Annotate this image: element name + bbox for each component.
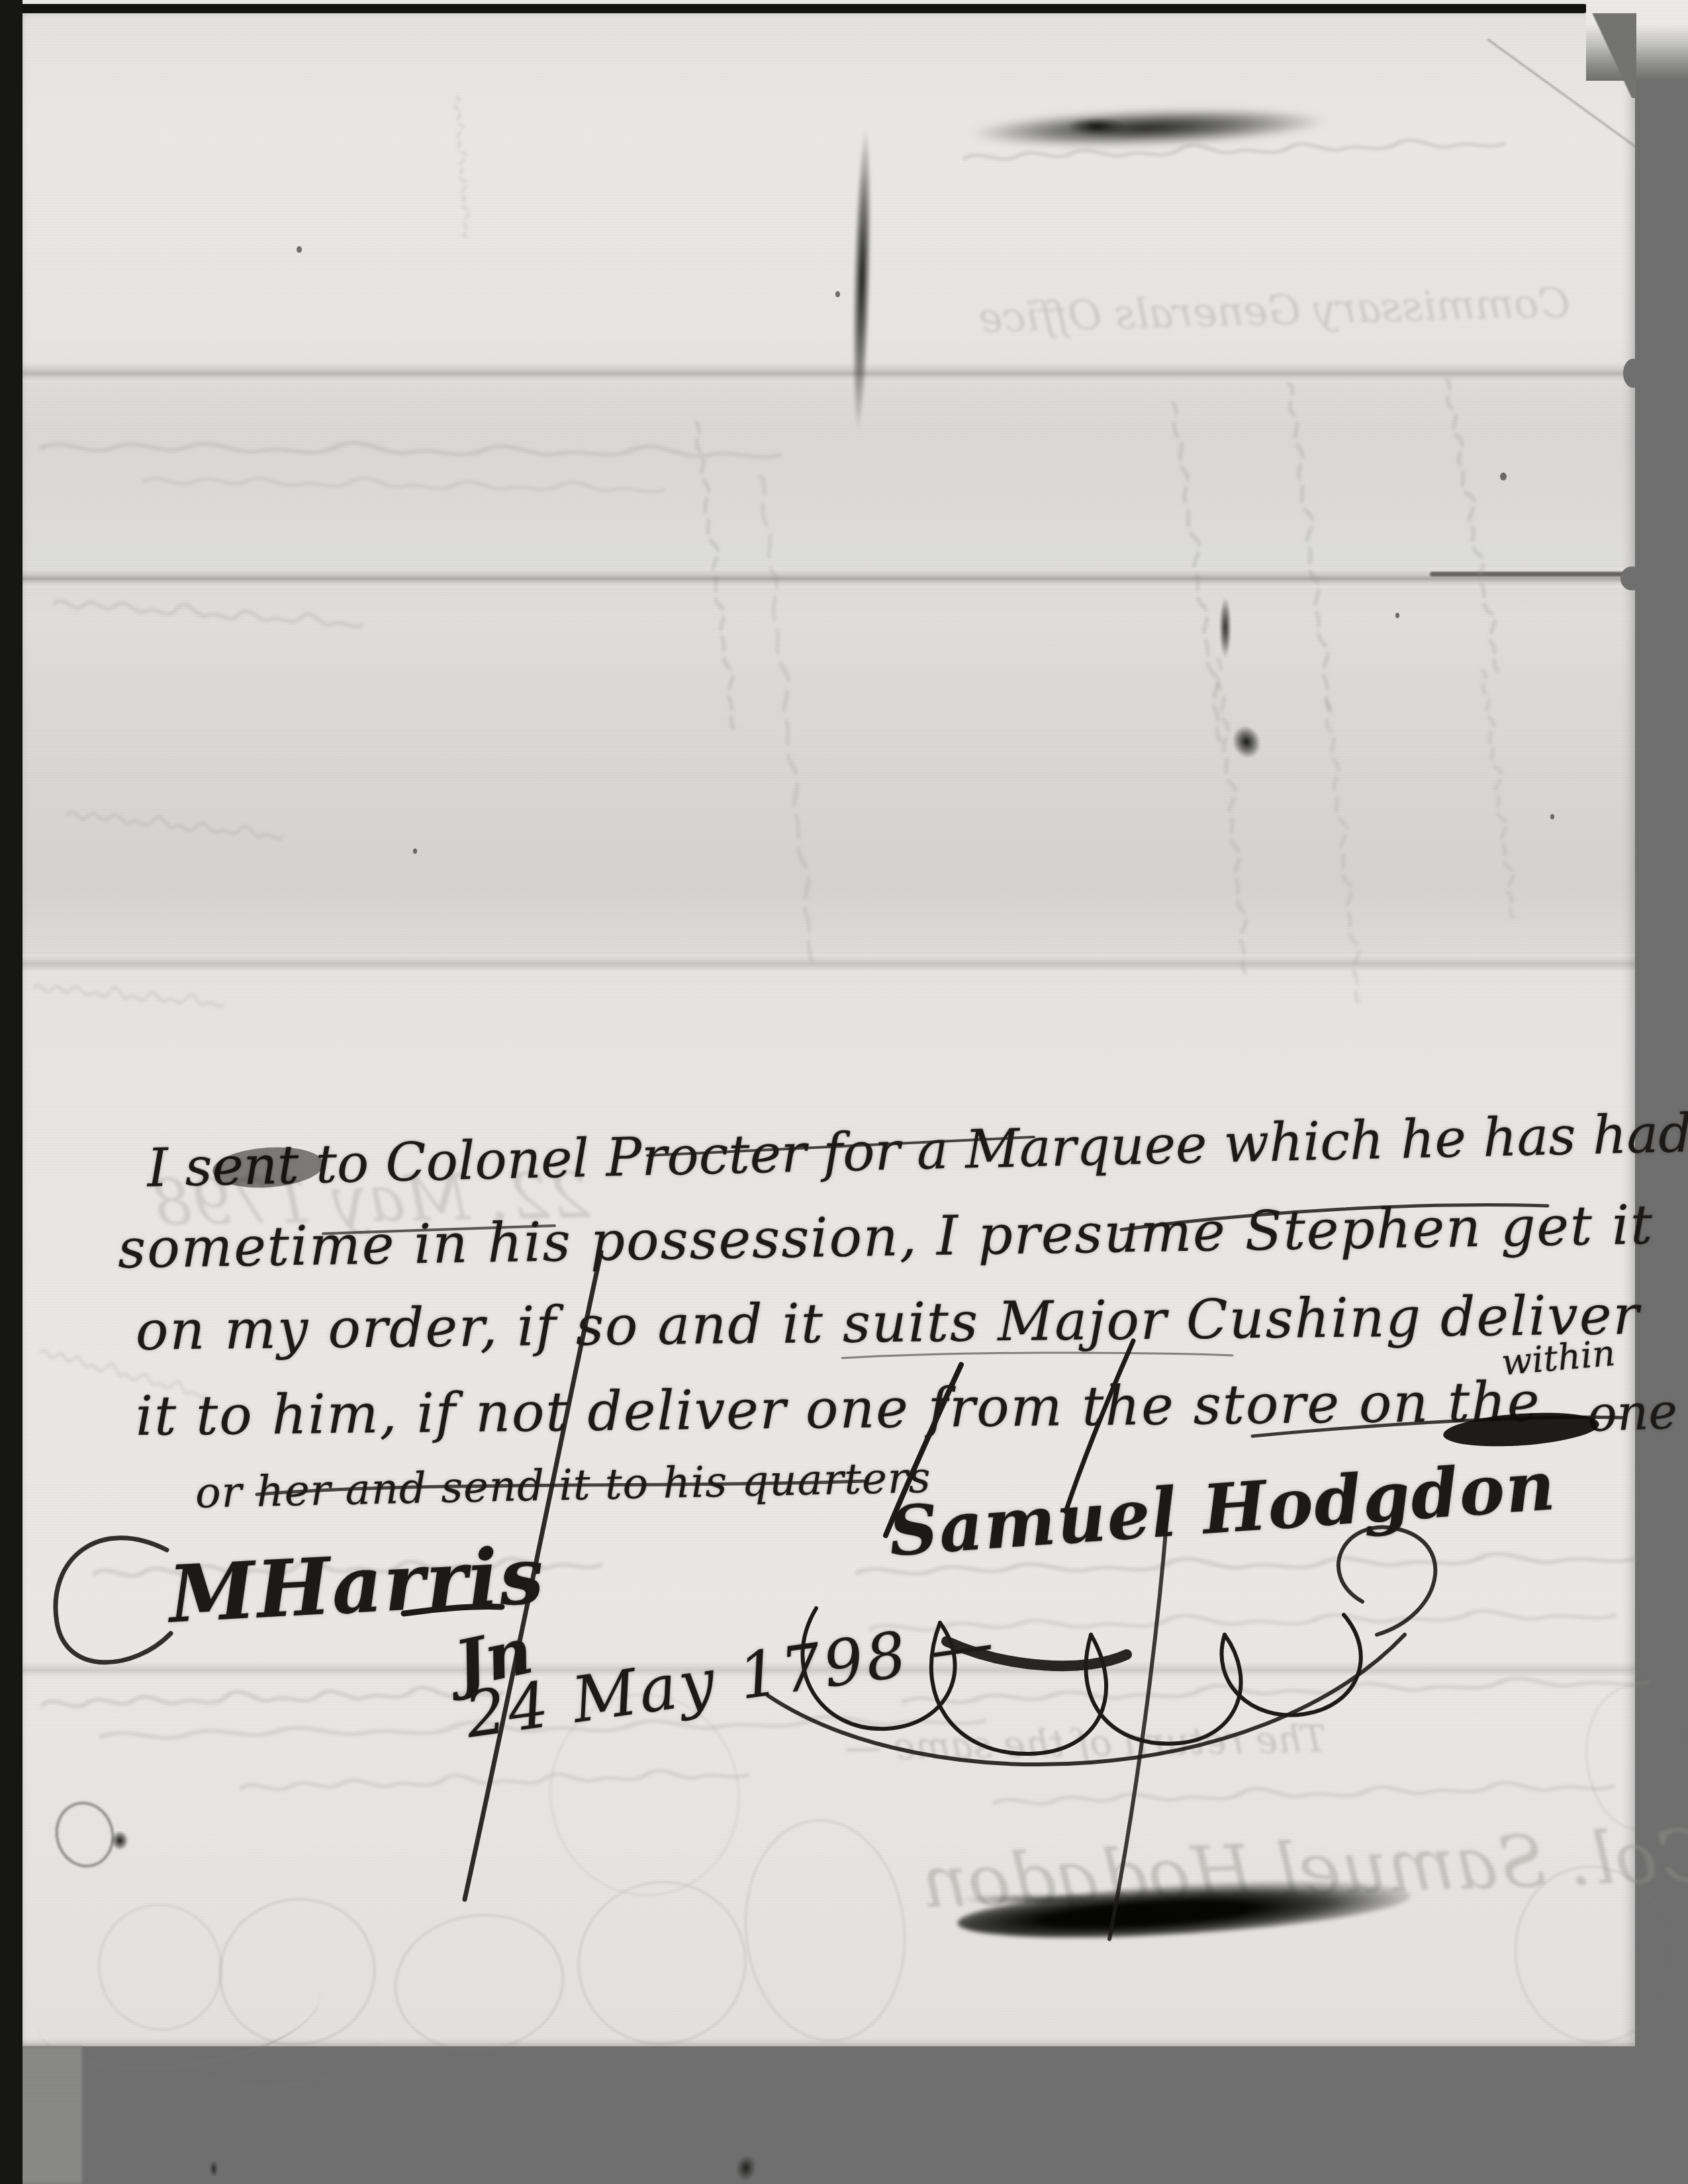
bleedthrough-return-line: The return of the same — (844, 1718, 1326, 1770)
ink-mark-bottom-edge-2 (209, 2160, 218, 2177)
ink-streak-small (1219, 597, 1231, 658)
paper-edge-notch-2 (1620, 567, 1643, 590)
scan-left-black-bar (0, 0, 23, 2184)
ink-speck (1500, 473, 1507, 480)
letter-line-4-end-word: one (1587, 1383, 1679, 1443)
paper-corner-fold (1582, 13, 1636, 98)
ink-dot-bottom-left (111, 1831, 128, 1850)
ink-mark-bottom-edge (734, 2154, 758, 2183)
ink-speck (1550, 814, 1554, 819)
ink-speck (413, 848, 417, 854)
ink-speck (835, 291, 840, 297)
ink-smear-bottom-tail (959, 1894, 1131, 1905)
scan-top-black-bar (12, 4, 1587, 13)
ink-speck (297, 246, 302, 253)
fold-edge-dark-line (1430, 572, 1635, 576)
scanned-letter-page: Commissary Generals Office 22. May 1798 … (0, 0, 1688, 2184)
scanner-bottom-light-band (21, 2046, 82, 2184)
ink-smear-top-core (1067, 118, 1127, 135)
ink-speck (1395, 613, 1399, 618)
paper-edge-notch-1 (1623, 359, 1643, 388)
